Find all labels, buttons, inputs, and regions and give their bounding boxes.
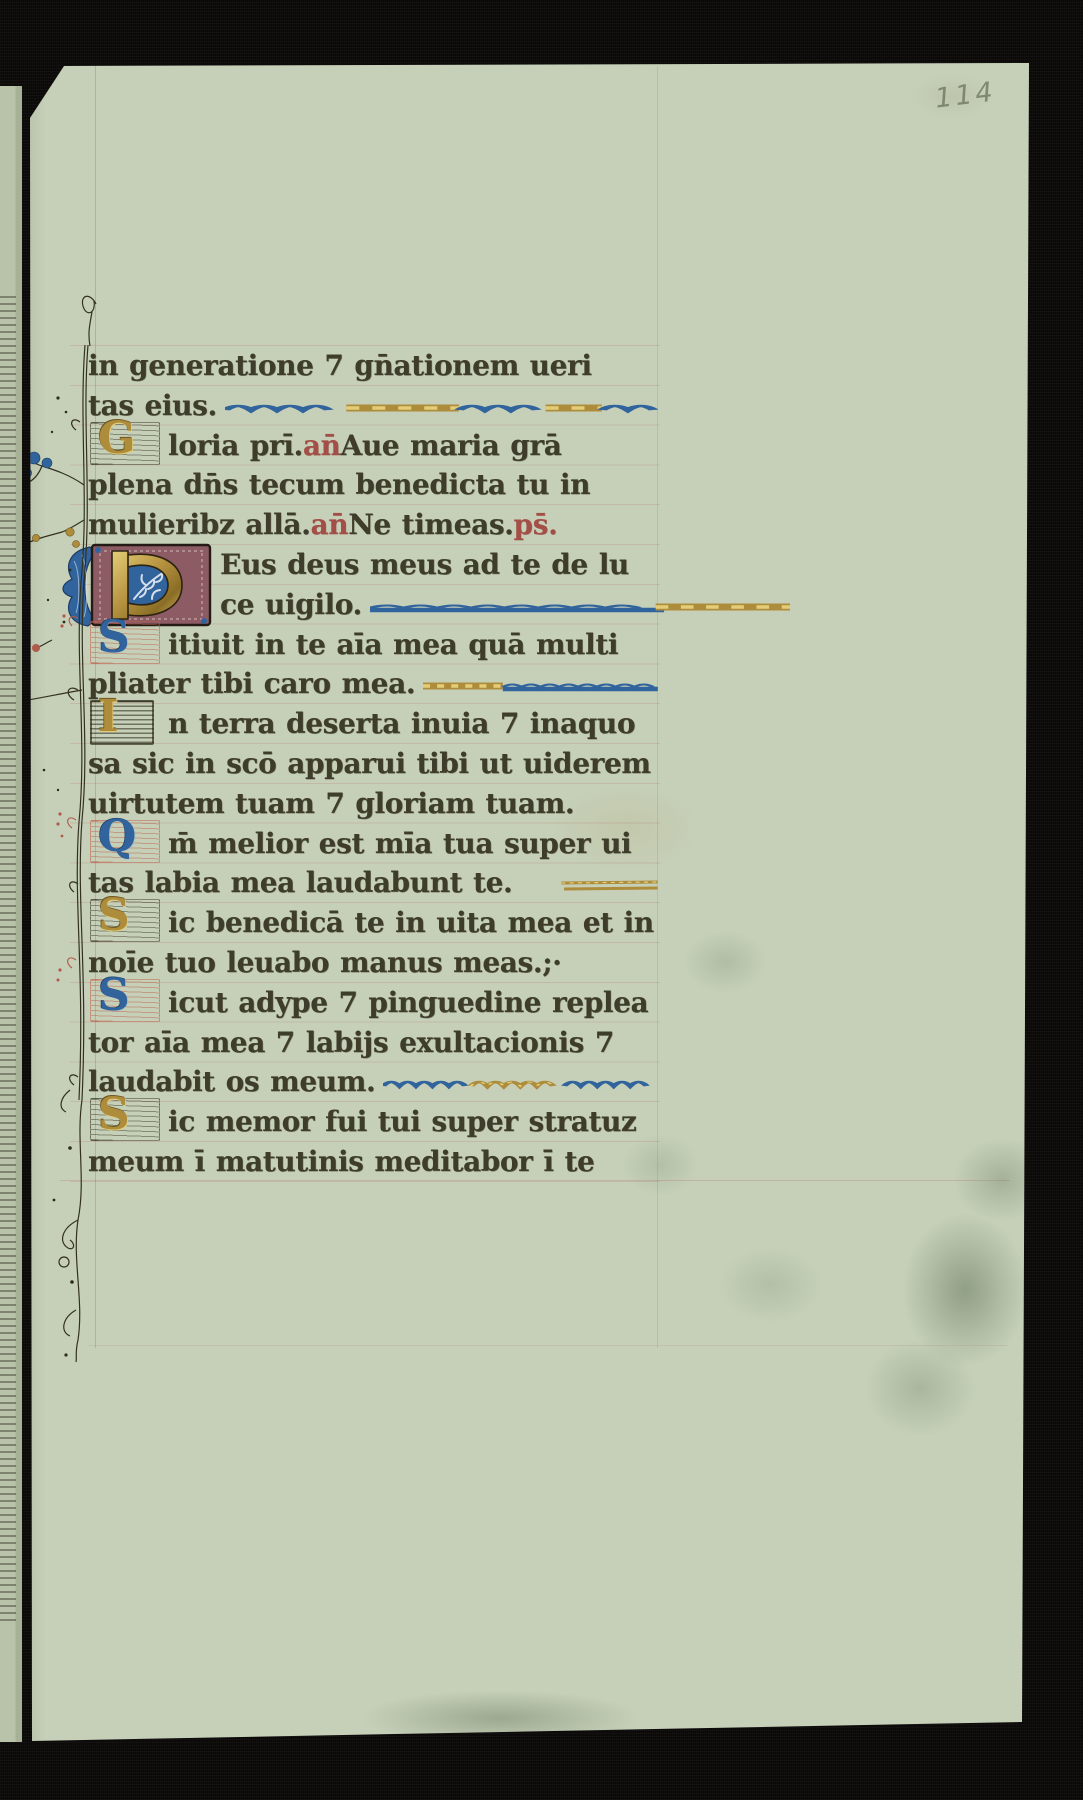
text-block: in generatione 7 gn̄ationem ueritas eius… <box>0 0 1083 1800</box>
body-text: itiuit in te aīa mea quā multi <box>168 629 618 660</box>
body-text: ic benedicā te in uita mea et in <box>168 907 654 938</box>
rubric-text: ps̄. <box>514 509 558 540</box>
manuscript-photo: { "meta": { "folio_number": "114" }, "pa… <box>0 0 1083 1800</box>
body-text: sa sic in scō apparui tibi ut uiderem <box>88 748 651 779</box>
text-line: noīe tuo leuabo manus meas.;· <box>88 941 660 978</box>
body-text: uirtutem tuam 7 gloriam tuam. <box>88 788 574 819</box>
text-line: tas labia mea laudabunt te. <box>88 861 660 898</box>
text-line: mulieribz allā. an̄ Ne timeas. ps̄. <box>88 503 660 540</box>
red-penwork-curls <box>68 617 78 968</box>
text-line: ce uigilo. <box>88 583 792 620</box>
body-text: Aue maria grā <box>341 430 562 461</box>
line-filler-gold-blue-bar <box>423 679 658 694</box>
text-line: Eus deus meus ad te de lu <box>88 543 792 580</box>
body-text: icut adype 7 pinguedine replea <box>168 987 648 1018</box>
text-line: Gloria prī. an̄ Aue maria grā <box>88 424 660 461</box>
line-filler-gold-short <box>520 878 658 893</box>
text-line: sa sic in scō apparui tibi ut uiderem <box>88 742 660 779</box>
body-text: plena dn̄s tecum benedicta tu in <box>88 469 590 500</box>
gold-berries <box>21 528 80 551</box>
body-text: meum ī matutinis meditabor ī te <box>88 1146 594 1177</box>
text-line: tor aīa mea 7 labijs exultacionis 7 <box>88 1021 660 1058</box>
penwork-stems <box>12 296 96 1362</box>
body-text: Eus deus meus ad te de lu <box>220 549 629 580</box>
text-line: plena dn̄s tecum benedicta tu in <box>88 463 660 500</box>
rubric-text: an̄ <box>303 430 341 461</box>
body-text: in generatione 7 gn̄ationem ueri <box>88 350 592 381</box>
line-filler-blue-gold-squiggle-long <box>225 401 658 416</box>
text-line: laudabit os meum. <box>88 1060 660 1097</box>
body-text: Ne timeas. <box>348 509 513 540</box>
text-line: Sicut adype 7 pinguedine replea <box>88 981 660 1018</box>
parchment-page: 114 in generatione 7 gn̄ationem ueritas … <box>0 0 1083 1800</box>
text-line: Qm̄ melior est mīa tua super ui <box>88 822 660 859</box>
line-filler-blue-gold-squiggle-mid <box>383 1077 658 1092</box>
rubric-text: an̄ <box>311 509 349 540</box>
body-text: mulieribz allā. <box>88 509 311 540</box>
line-filler-blue-bar-gold <box>370 600 790 615</box>
body-text: ic memor fui tui super stratuz <box>168 1106 636 1137</box>
text-line: In terra deserta inuia 7 inaquo <box>88 702 660 739</box>
book-page-edges <box>0 86 22 1742</box>
body-text: laudabit os meum. <box>88 1066 375 1097</box>
text-line: Sic memor fui tui super stratuz <box>88 1100 660 1137</box>
text-line: uirtutem tuam 7 gloriam tuam. <box>88 782 660 819</box>
text-line: meum ī matutinis meditabor ī te <box>88 1140 660 1177</box>
text-line: tas eius. <box>88 384 660 421</box>
body-text: m̄ melior est mīa tua super ui <box>168 828 631 859</box>
text-line: in generatione 7 gn̄ationem ueri <box>88 344 660 381</box>
red-penwork-dots <box>56 614 65 981</box>
body-text: noīe tuo leuabo manus meas.;· <box>88 947 561 978</box>
blue-flowers <box>21 452 53 479</box>
text-line: pliater tibi caro mea. <box>88 662 660 699</box>
body-text: pliater tibi caro mea. <box>88 668 415 699</box>
body-text: tas labia mea laudabunt te. <box>88 867 512 898</box>
body-text: ce uigilo. <box>220 589 362 620</box>
body-text: loria prī. <box>168 430 303 461</box>
text-line: Sitiuit in te aīa mea quā multi <box>88 623 660 660</box>
body-text: tor aīa mea 7 labijs exultacionis 7 <box>88 1027 614 1058</box>
page-edges-text-shadow <box>0 296 16 1626</box>
body-text: n terra deserta inuia 7 inaquo <box>168 708 635 739</box>
text-line: Sic benedicā te in uita mea et in <box>88 901 660 938</box>
